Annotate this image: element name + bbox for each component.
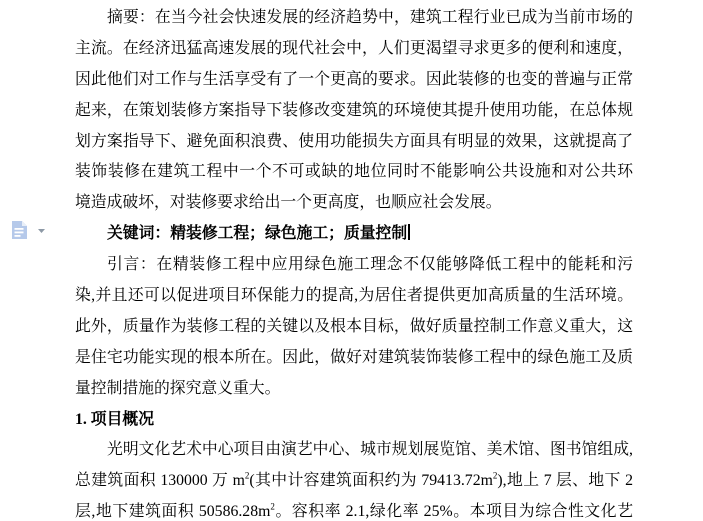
text-line: 光明文化艺术中心项目由演艺中心、城市规划展览馆、美术馆、图书馆组成, xyxy=(75,435,633,466)
text-line: 划方案指导下、避免面积浪费、使用功能损失方面具有明显的效果，这就提高了 xyxy=(75,127,633,158)
text-line: 引言：在精装修工程中应用绿色施工理念不仅能够降低工程中的能耗和污 xyxy=(75,250,633,281)
document-text: 摘要：在当今社会快速发展的经济趋势中，建筑工程行业已成为当前市场的主流。在经济迅… xyxy=(75,3,633,521)
text-line: 因此他们对工作与生活享受有了一个更高的要求。因此装修的也变的普遍与正常 xyxy=(75,65,633,96)
square-meter-unit: m2 xyxy=(233,472,250,489)
text-line: 装饰装修在建筑工程中一个不可或缺的地位同时不能影响公共设施和对公共环 xyxy=(75,157,633,188)
text-line: 境造成破坏，对装修要求给出一个更高度，也顺应社会发展。 xyxy=(75,188,633,219)
text-line: 起来，在策划装修方案指导下装修改变建筑的环境使其提升使用功能，在总体规 xyxy=(75,96,633,127)
text-line: 摘要：在当今社会快速发展的经济趋势中，建筑工程行业已成为当前市场的 xyxy=(75,3,633,34)
text-line: 染,并且还可以促进项目环保能力的提高,为居住者提供更加高质量的生活环境。 xyxy=(75,281,633,312)
paste-options-button[interactable] xyxy=(8,219,46,241)
text-line: 关键词：精装修工程；绿色施工；质量控制 xyxy=(75,219,633,250)
heading-line: 1. 项目概况 xyxy=(75,405,633,436)
text-line: 此外，质量作为装修工程的关键以及根本目标，做好质量控制工作意义重大，这 xyxy=(75,312,633,343)
text-line: 总建筑面积 130000 万 m2(其中计容建筑面积约为 79413.72m2)… xyxy=(75,466,633,497)
document-page: 摘要：在当今社会快速发展的经济趋势中，建筑工程行业已成为当前市场的主流。在经济迅… xyxy=(0,0,703,521)
square-meter-unit: m2 xyxy=(481,472,498,489)
text-line: 是住宅功能实现的根本所在。因此，做好对建筑装饰装修工程中的绿色施工及质 xyxy=(75,343,633,374)
text-line: 主流。在经济迅猛高速发展的现代社会中，人们更渴望寻求更多的便利和速度， xyxy=(75,34,633,65)
square-meter-unit: m2 xyxy=(258,503,275,520)
paste-options-clipboard-icon xyxy=(8,219,30,241)
text-line: 层,地下建筑面积 50586.28m2。容积率 2.1,绿化率 25%。本项目为… xyxy=(75,497,633,521)
text-line: 量控制措施的探究意义重大。 xyxy=(75,374,633,405)
chevron-down-icon xyxy=(37,228,46,234)
text-cursor xyxy=(408,224,410,240)
